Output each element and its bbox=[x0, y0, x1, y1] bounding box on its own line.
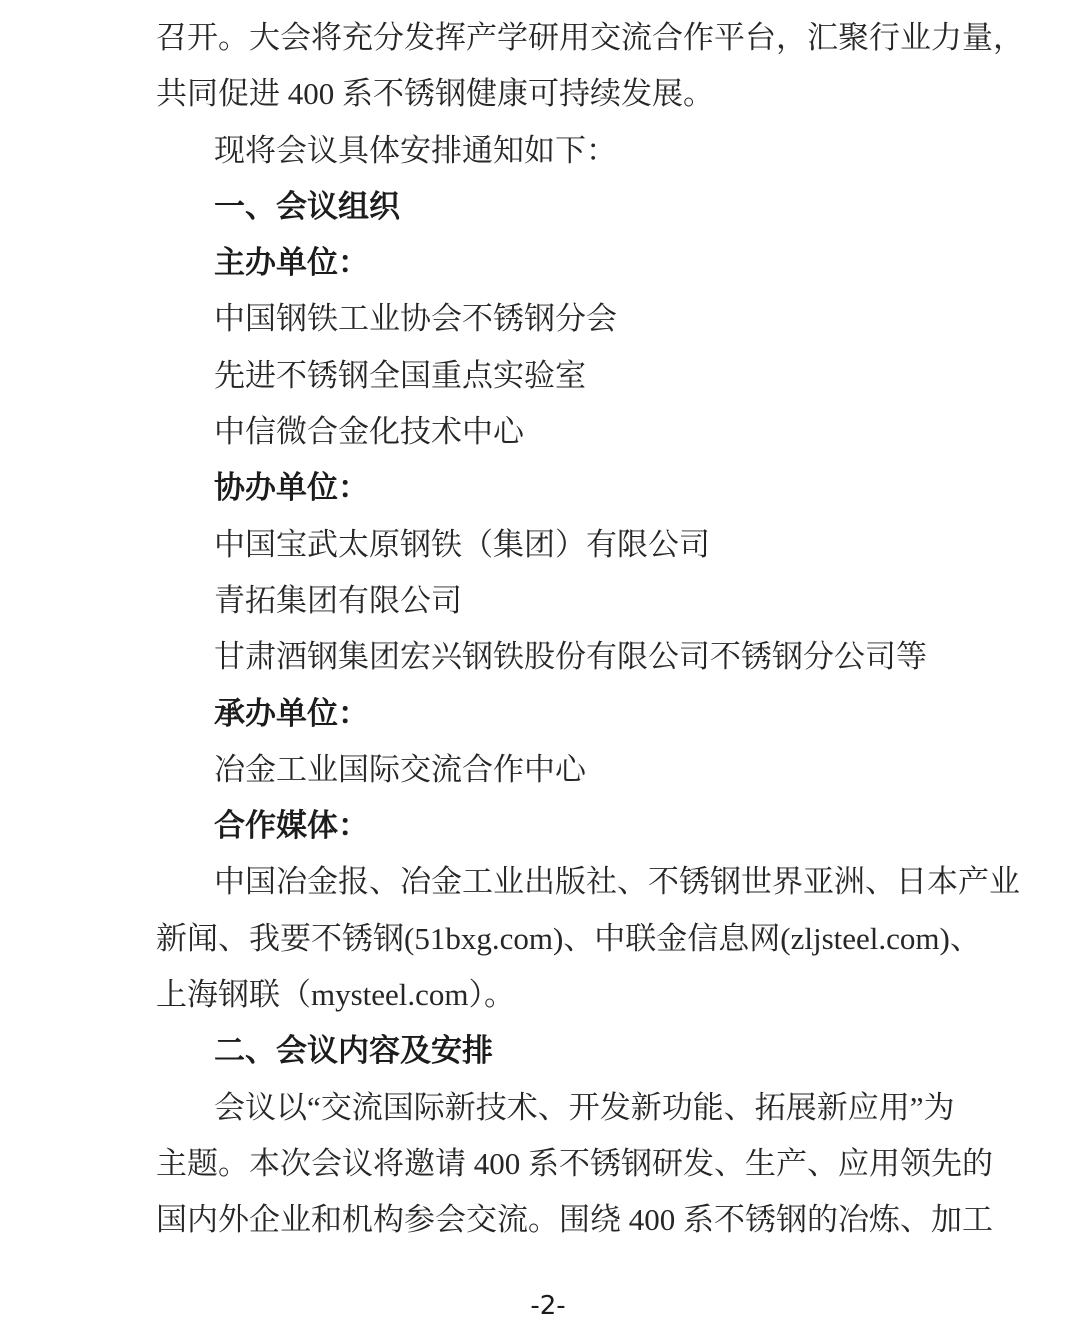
host-unit-line: 先进不锈钢全国重点实验室 bbox=[156, 348, 940, 404]
paragraph-line: 共同促进 400 系不锈钢健康可持续发展。 bbox=[156, 66, 940, 122]
co-organizer-line: 青拓集团有限公司 bbox=[156, 573, 940, 629]
page-number: -2- bbox=[530, 1291, 565, 1321]
paragraph-line: 主题。本次会议将邀请 400 系不锈钢研发、生产、应用领先的 bbox=[156, 1136, 940, 1192]
media-partner-line: 新闻、我要不锈钢(51bxg.com)、中联金信息网(zljsteel.com)… bbox=[156, 911, 940, 967]
paragraph-line: 会议以“交流国际新技术、开发新功能、拓展新应用”为 bbox=[156, 1080, 940, 1136]
label-undertaker-units: 承办单位： bbox=[156, 686, 940, 742]
host-unit-line: 中国钢铁工业协会不锈钢分会 bbox=[156, 291, 940, 347]
paragraph-line: 召开。大会将充分发挥产学研用交流合作平台，汇聚行业力量， bbox=[156, 10, 940, 66]
label-media-partners: 合作媒体： bbox=[156, 798, 940, 854]
media-partner-line: 上海钢联（mysteel.com）。 bbox=[156, 967, 940, 1023]
host-unit-line: 中信微合金化技术中心 bbox=[156, 404, 940, 460]
label-host-units: 主办单位： bbox=[156, 235, 940, 291]
co-organizer-line: 中国宝武太原钢铁（集团）有限公司 bbox=[156, 517, 940, 573]
page-footer: -2- bbox=[156, 1291, 940, 1321]
document-page: 召开。大会将充分发挥产学研用交流合作平台，汇聚行业力量， 共同促进 400 系不… bbox=[0, 0, 1080, 1329]
co-organizer-line: 甘肃酒钢集团宏兴钢铁股份有限公司不锈钢分公司等 bbox=[156, 629, 940, 685]
label-co-organizer-units: 协办单位： bbox=[156, 460, 940, 516]
undertaker-line: 冶金工业国际交流合作中心 bbox=[156, 742, 940, 798]
paragraph-line: 现将会议具体安排通知如下： bbox=[156, 123, 940, 179]
heading-meeting-organization: 一、会议组织 bbox=[156, 179, 940, 235]
paragraph-line: 国内外企业和机构参会交流。围绕 400 系不锈钢的冶炼、加工 bbox=[156, 1192, 940, 1248]
heading-meeting-content: 二、会议内容及安排 bbox=[156, 1023, 940, 1079]
media-partner-line: 中国冶金报、冶金工业出版社、不锈钢世界亚洲、日本产业 bbox=[156, 854, 940, 910]
